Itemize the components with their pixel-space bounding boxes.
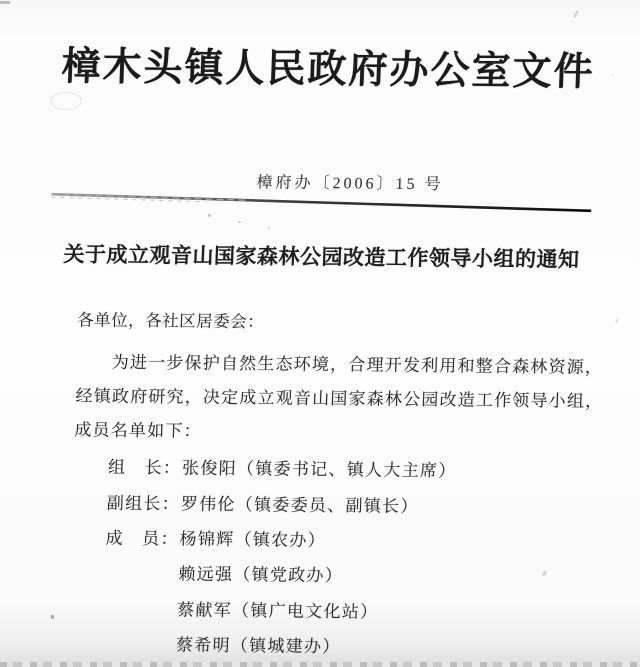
member-name: 赖远强（镇党政办） (178, 560, 344, 587)
member-row: 蔡希明（镇城建办） (101, 625, 451, 664)
document-content: 樟木头镇人民政府办公室文件 樟府办〔2006〕15 号 关于成立观音山国家森林公… (0, 0, 640, 667)
member-role: 成 员： (105, 524, 180, 550)
scan-corner-mark (0, 1, 10, 4)
member-name: 蔡献军（镇广电文化站） (177, 595, 379, 622)
member-role (103, 607, 177, 608)
header-title: 樟木头镇人民政府办公室文件 (7, 35, 640, 98)
member-role: 组 长： (108, 453, 183, 479)
scan-speck (268, 227, 270, 229)
scan-speck (238, 221, 241, 223)
body-line: 成员名单如下： (74, 413, 590, 452)
separator-rule (45, 189, 598, 221)
member-row: 蔡献军（镇广电文化站） (103, 589, 453, 628)
member-row: 赖远强（镇党政办） (104, 554, 454, 593)
member-name: 蔡希明（镇城建办） (176, 631, 342, 658)
body-line: 为进一步保护自然生态环境，合理开发利用和整合森林资源， (76, 345, 592, 384)
member-role (104, 572, 178, 573)
page-bottom-edge (0, 662, 640, 667)
member-name: 罗伟伦（镇委委员、副镇长） (180, 489, 419, 516)
member-name: 张俊阳（镇委书记、镇人大主席） (182, 454, 457, 482)
document-paper: 樟木头镇人民政府办公室文件 樟府办〔2006〕15 号 关于成立观音山国家森林公… (0, 0, 640, 667)
scan-smudge (50, 92, 82, 110)
member-row: 副组长： 罗伟伦（镇委委员、副镇长） (106, 483, 456, 522)
member-name: 杨锦辉（镇农办） (179, 525, 326, 552)
scan-speck (208, 214, 211, 217)
member-row: 成 员： 杨锦辉（镇农办） (105, 519, 455, 558)
member-list: 组 长： 张俊阳（镇委书记、镇人大主席） 副组长： 罗伟伦（镇委委员、副镇长） … (101, 448, 457, 664)
subject-title: 关于成立观音山国家森林公园改造工作领导小组的通知 (1, 238, 640, 275)
member-row: 组 长： 张俊阳（镇委书记、镇人大主席） (108, 448, 458, 487)
body-paragraph: 为进一步保护自然生态环境，合理开发利用和整合森林资源， 经镇政府研究，决定成立观… (74, 345, 593, 452)
member-role: 副组长： (106, 488, 181, 514)
scan-tick (612, 74, 614, 76)
doc-number: 樟府办〔2006〕15 号 (256, 169, 444, 194)
member-role (102, 642, 176, 643)
salutation: 各单位，各社区居委会： (77, 306, 265, 332)
body-line: 经镇政府研究，决定成立观音山国家森林公园改造工作领导小组， (75, 379, 591, 418)
scan-speck (51, 615, 54, 619)
